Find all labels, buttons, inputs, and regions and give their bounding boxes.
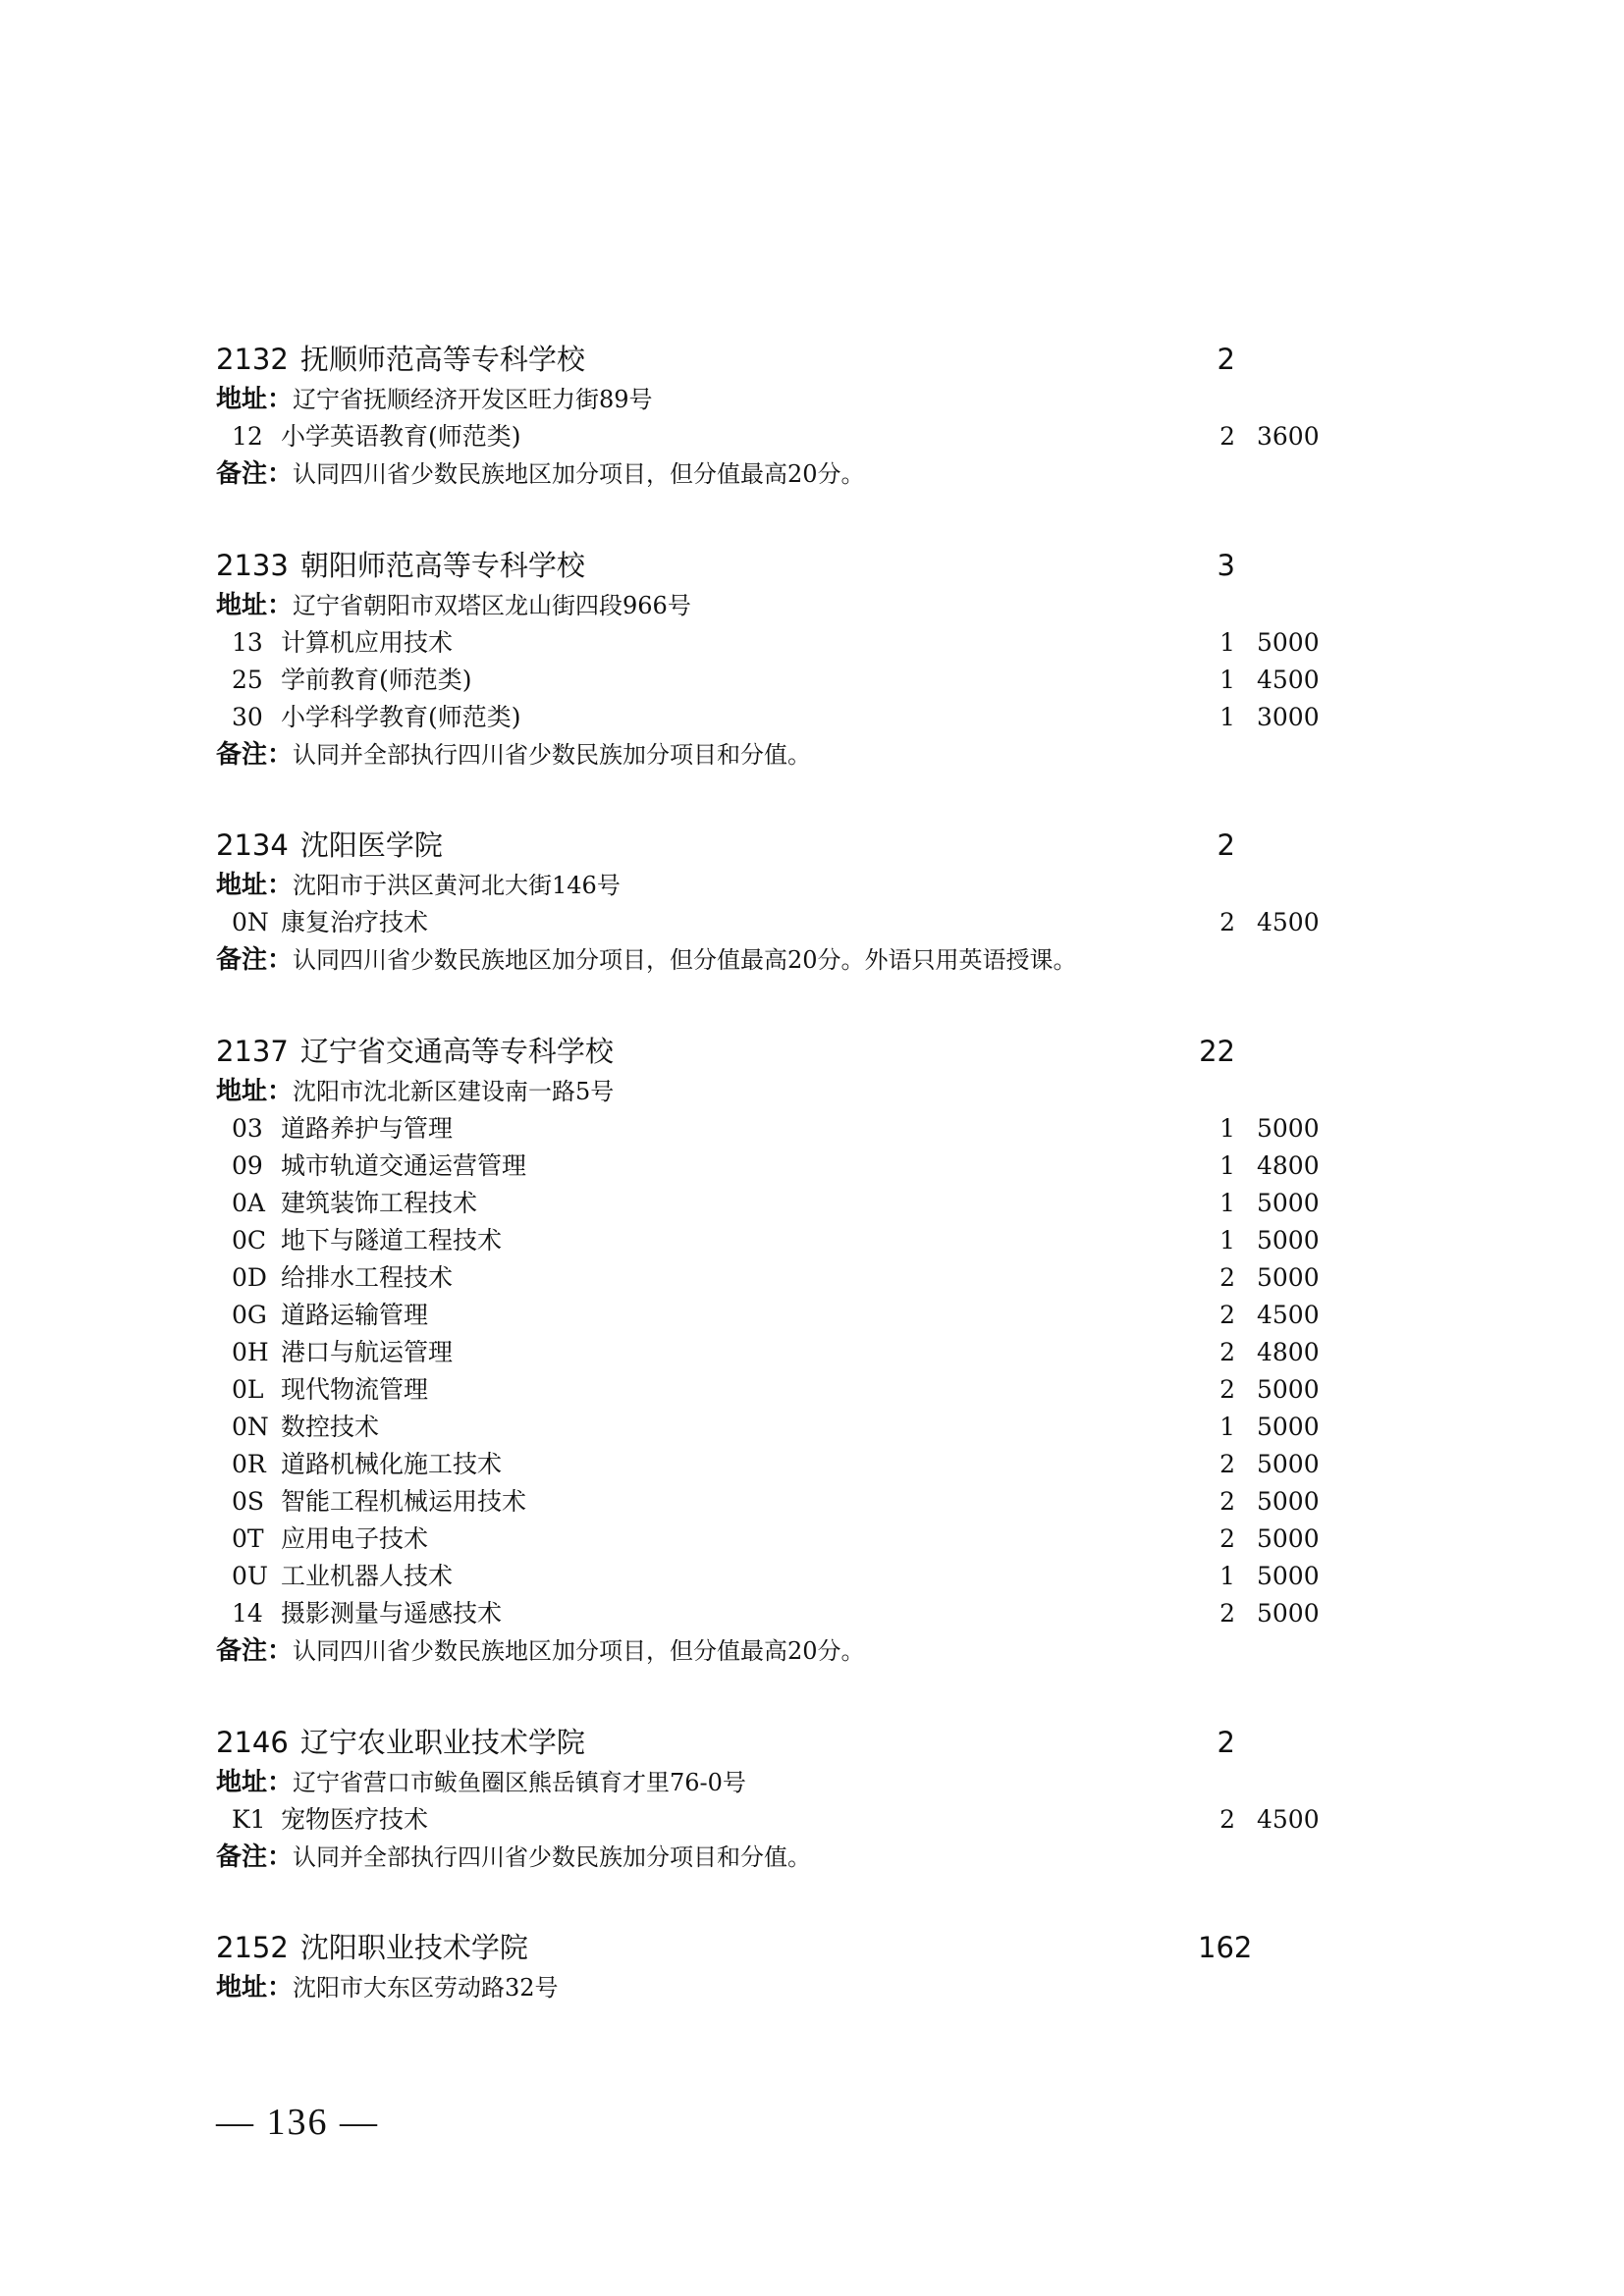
school-code: 2152 — [216, 1926, 289, 1969]
document-page: 2132抚顺师范高等专科学校 2 地址：辽宁省抚顺经济开发区旺力街89号 12小… — [0, 0, 1624, 2296]
note-label: 备注： — [216, 459, 293, 489]
school-name: 辽宁省交通高等专科学校 — [300, 1030, 614, 1073]
school-entry-2137: 2137辽宁省交通高等专科学校 22 地址：沈阳市沈北新区建设南一路5号 03道… — [216, 1030, 1394, 1670]
major-row: 0H港口与航运管理24800 — [216, 1334, 1394, 1371]
school-header: 2132抚顺师范高等专科学校 2 — [216, 338, 1394, 381]
school-note: 备注：认同并全部执行四川省少数民族加分项目和分值。 — [216, 736, 1394, 774]
school-address: 地址：辽宁省营口市鲅鱼圈区熊岳镇育才里76-0号 — [216, 1764, 1394, 1801]
major-row: 03道路养护与管理15000 — [216, 1110, 1394, 1148]
major-row: 0S智能工程机械运用技术25000 — [216, 1483, 1394, 1521]
major-row: 0G道路运输管理24500 — [216, 1297, 1394, 1334]
school-code: 2134 — [216, 824, 289, 867]
school-note: 备注：认同四川省少数民族地区加分项目，但分值最高20分。 — [216, 455, 1394, 493]
school-entry-2134: 2134沈阳医学院 2 地址：沈阳市于洪区黄河北大街146号 0N康复治疗技术2… — [216, 824, 1394, 979]
school-name: 抚顺师范高等专科学校 — [300, 338, 585, 381]
major-row: 30小学科学教育(师范类)13000 — [216, 699, 1394, 736]
school-address: 地址：沈阳市大东区劳动路32号 — [216, 1969, 1394, 2006]
major-row: 09城市轨道交通运营管理14800 — [216, 1148, 1394, 1185]
school-total: 3 — [1198, 544, 1235, 587]
school-note: 备注：认同并全部执行四川省少数民族加分项目和分值。 — [216, 1839, 1394, 1876]
major-row: 0D给排水工程技术25000 — [216, 1259, 1394, 1297]
major-row: 0A建筑装饰工程技术15000 — [216, 1185, 1394, 1222]
major-row: 13计算机应用技术15000 — [216, 624, 1394, 662]
address-label: 地址： — [216, 385, 293, 414]
school-header: 2134沈阳医学院 2 — [216, 824, 1394, 867]
school-name: 沈阳职业技术学院 — [300, 1926, 528, 1969]
school-header: 2137辽宁省交通高等专科学校 22 — [216, 1030, 1394, 1073]
major-row: K1宠物医疗技术24500 — [216, 1801, 1394, 1839]
school-total: 2 — [1198, 338, 1235, 381]
school-total: 2 — [1198, 1721, 1235, 1764]
school-code: 2132 — [216, 338, 289, 381]
school-address: 地址：辽宁省抚顺经济开发区旺力街89号 — [216, 381, 1394, 418]
major-row: 0N康复治疗技术24500 — [216, 904, 1394, 941]
school-code: 2137 — [216, 1030, 289, 1073]
school-entry-2146: 2146辽宁农业职业技术学院 2 地址：辽宁省营口市鲅鱼圈区熊岳镇育才里76-0… — [216, 1721, 1394, 1876]
school-address: 地址：辽宁省朝阳市双塔区龙山街四段966号 — [216, 587, 1394, 624]
page-number: — 136 — — [216, 2101, 379, 2144]
school-name: 朝阳师范高等专科学校 — [300, 544, 585, 587]
major-row: 0R道路机械化施工技术25000 — [216, 1446, 1394, 1483]
school-note: 备注：认同四川省少数民族地区加分项目，但分值最高20分。 — [216, 1632, 1394, 1670]
school-entry-2133: 2133朝阳师范高等专科学校 3 地址：辽宁省朝阳市双塔区龙山街四段966号 1… — [216, 544, 1394, 774]
school-entry-2152: 2152沈阳职业技术学院 162 地址：沈阳市大东区劳动路32号 — [216, 1926, 1394, 2006]
school-total: 22 — [1198, 1030, 1235, 1073]
school-name: 辽宁农业职业技术学院 — [300, 1721, 585, 1764]
school-name: 沈阳医学院 — [300, 824, 443, 867]
major-row: 0C地下与隧道工程技术15000 — [216, 1222, 1394, 1259]
major-row: 14摄影测量与遥感技术25000 — [216, 1595, 1394, 1632]
major-row: 25学前教育(师范类)14500 — [216, 662, 1394, 699]
school-code: 2133 — [216, 544, 289, 587]
school-header: 2152沈阳职业技术学院 162 — [216, 1926, 1394, 1969]
major-row: 0T应用电子技术25000 — [216, 1521, 1394, 1558]
school-total: 162 — [1198, 1926, 1235, 1969]
major-row: 0N数控技术15000 — [216, 1409, 1394, 1446]
school-note: 备注：认同四川省少数民族地区加分项目，但分值最高20分。外语只用英语授课。 — [216, 941, 1394, 979]
school-address: 地址：沈阳市沈北新区建设南一路5号 — [216, 1073, 1394, 1110]
school-total: 2 — [1198, 824, 1235, 867]
school-address: 地址：沈阳市于洪区黄河北大街146号 — [216, 867, 1394, 904]
major-row: 12小学英语教育(师范类)23600 — [216, 418, 1394, 455]
school-code: 2146 — [216, 1721, 289, 1764]
school-header: 2133朝阳师范高等专科学校 3 — [216, 544, 1394, 587]
major-row: 0L现代物流管理25000 — [216, 1371, 1394, 1409]
school-entry-2132: 2132抚顺师范高等专科学校 2 地址：辽宁省抚顺经济开发区旺力街89号 12小… — [216, 338, 1394, 493]
school-header: 2146辽宁农业职业技术学院 2 — [216, 1721, 1394, 1764]
major-row: 0U工业机器人技术15000 — [216, 1558, 1394, 1595]
